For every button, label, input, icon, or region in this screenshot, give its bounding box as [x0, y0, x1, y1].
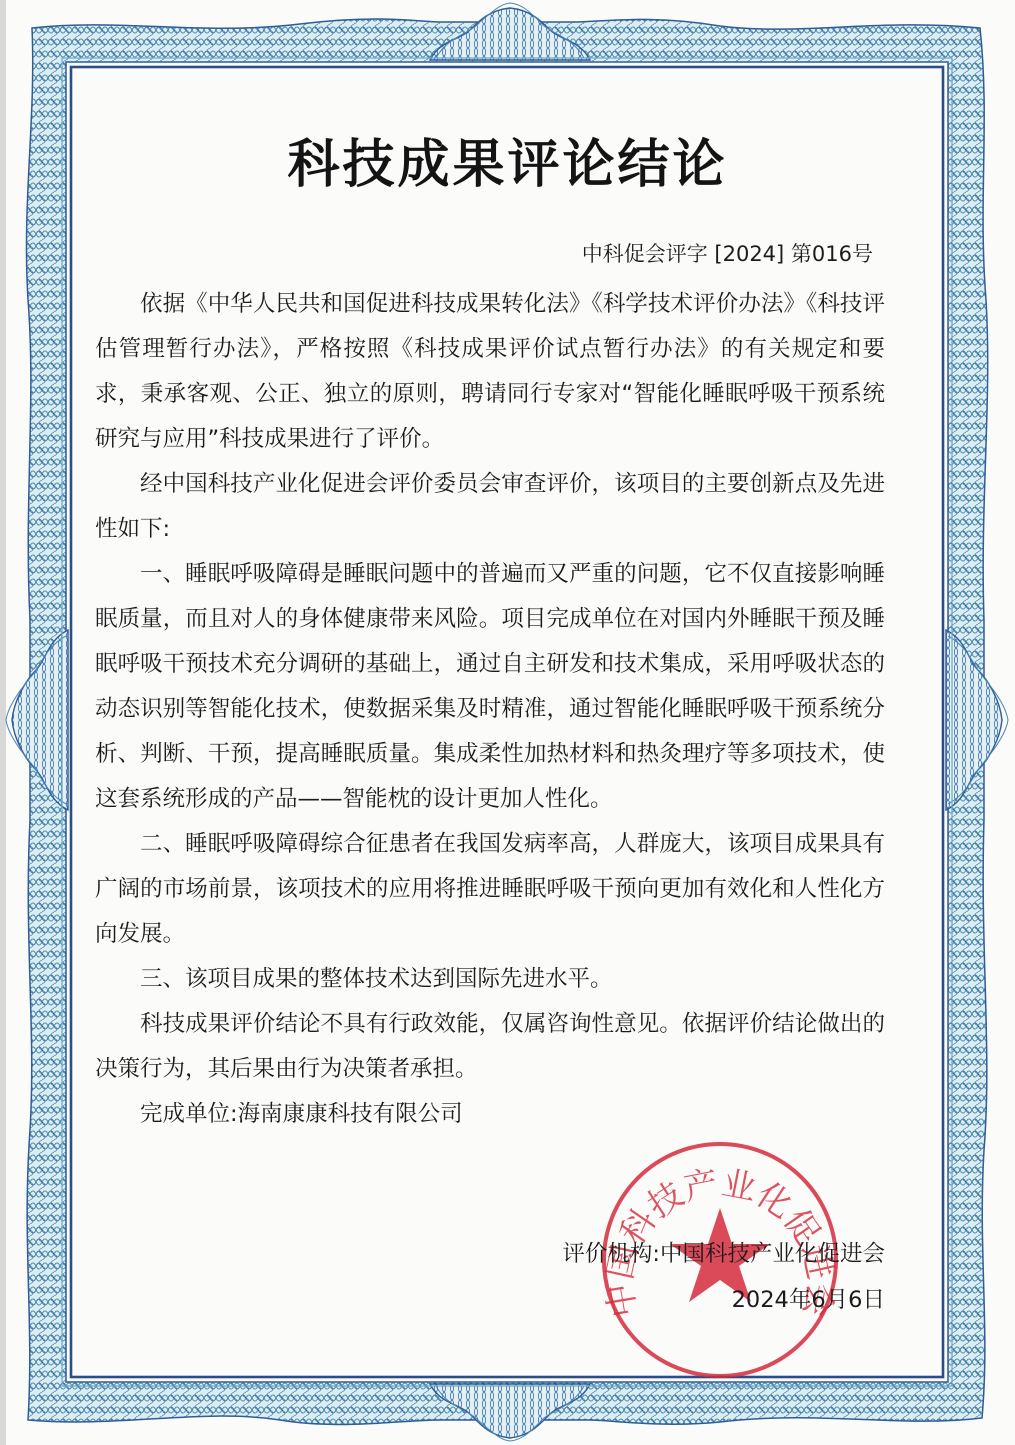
evaluating-organization: 评价机构:中国科技产业化促进会 [562, 1236, 885, 1268]
paragraph-review-intro: 经中国科技产业化促进会评价委员会审查评价，该项目的主要创新点及先进性如下: [95, 462, 885, 552]
document-number: 中科促会评字 [2024] 第016号 [582, 238, 873, 268]
paragraph-point-three: 三、该项目成果的整体技术达到国际先进水平。 [95, 957, 885, 1002]
paragraph-disclaimer: 科技成果评价结论不具有行政效能，仅属咨询性意见。依据评价结论做出的决策行为，其后… [95, 1002, 885, 1092]
paragraph-point-one: 一、睡眠呼吸障碍是睡眠问题中的普遍而又严重的问题，它不仅直接影响睡眠质量，而且对… [95, 552, 885, 822]
paragraph-point-two: 二、睡眠呼吸障碍综合征患者在我国发病率高，人群庞大，该项目成果具有广阔的市场前景… [95, 822, 885, 957]
document-body: 依据《中华人民共和国促进科技成果转化法》《科学技术评价办法》《科技评估管理暂行办… [95, 282, 885, 1137]
paragraph-legal-basis: 依据《中华人民共和国促进科技成果转化法》《科学技术评价办法》《科技评估管理暂行办… [95, 282, 885, 462]
signature-date: 2024年6月6日 [732, 1282, 885, 1314]
page-title: 科技成果评论结论 [0, 122, 1015, 197]
